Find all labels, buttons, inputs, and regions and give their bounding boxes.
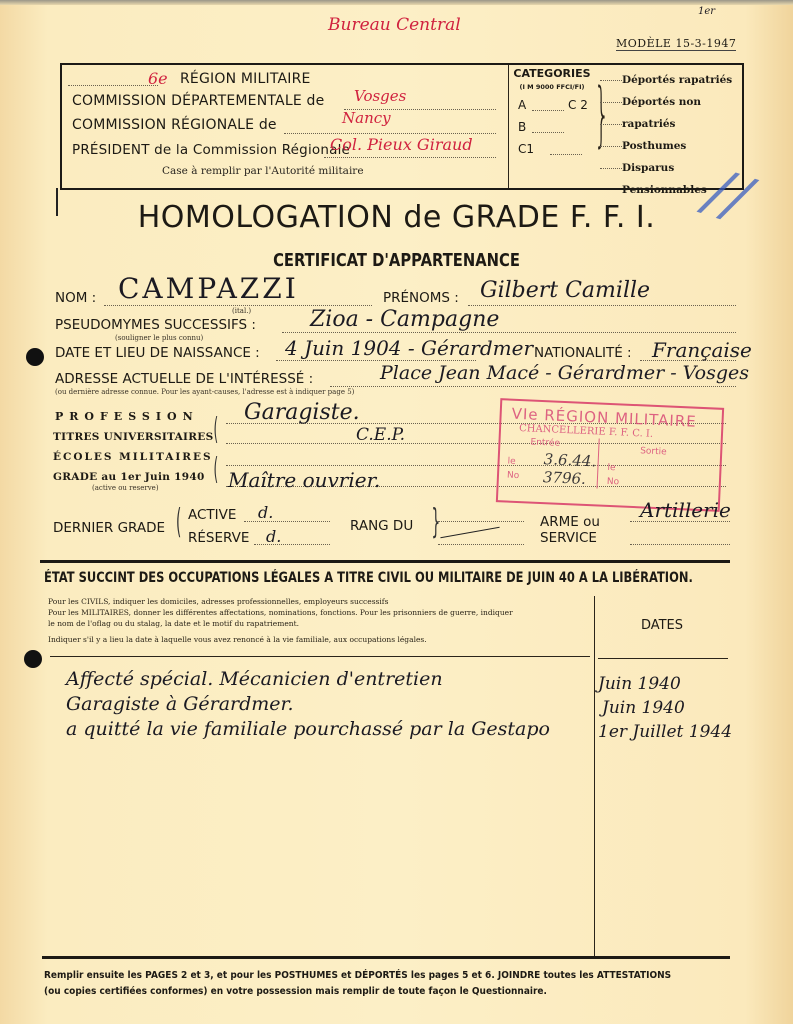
grade-label: GRADE au 1er Juin 1940: [53, 471, 205, 483]
grade-value: Maître ouvrier.: [228, 468, 380, 492]
stamp-sortie: Sortie: [640, 446, 667, 457]
occupation-date: 1er Juillet 1944: [598, 720, 732, 744]
nom-value: CAMPAZZI: [118, 272, 299, 305]
president-value: Col. Pieux Giraud: [330, 135, 473, 154]
bureau-central-annotation: Bureau Central: [328, 15, 461, 35]
occupations-instruction: Pour les CIVILS, indiquer les domiciles,…: [48, 596, 513, 607]
category-option[interactable]: Déportés rapatriés: [622, 69, 742, 91]
pseudo-label: PSEUDOMYMES SUCCESSIFS :: [55, 317, 256, 333]
stamp-entree-date: 3.6.44.: [543, 450, 596, 470]
punch-hole: [26, 348, 44, 366]
service-label: SERVICE: [540, 530, 597, 546]
scan-edge: [0, 0, 793, 5]
region-label: RÉGION MILITAIRE: [180, 71, 311, 87]
regional-value: Nancy: [342, 109, 391, 127]
nationalite-label: NATIONALITÉ :: [534, 345, 632, 361]
category-b: B: [518, 120, 526, 134]
president-label: PRÉSIDENT de la Commission Régionale: [72, 142, 350, 158]
stamp-no: No: [507, 471, 520, 482]
naissance-label: DATE ET LIEU DE NAISSANCE :: [55, 345, 260, 361]
stamp-entree: Entrée: [530, 438, 560, 449]
category-c2: C 2: [568, 98, 588, 112]
arme-label: ARME ou: [540, 514, 600, 530]
prenoms-value: Gilbert Camille: [480, 278, 650, 303]
document-title: HOMOLOGATION de GRADE F. F. I.: [0, 200, 793, 235]
grade-brace: (: [214, 452, 219, 487]
active-label: ACTIVE: [188, 507, 236, 523]
category-a: A: [518, 98, 526, 112]
section-divider: [40, 560, 730, 563]
grade-note: (active ou reserve): [92, 484, 159, 492]
stamp-le: le: [507, 457, 515, 467]
profession-label: PROFESSION: [55, 410, 199, 423]
categories-title: CATEGORIES: [508, 67, 596, 80]
occupation-date: Juin 1940: [598, 672, 732, 696]
rang-dash: [440, 527, 499, 538]
nom-note: (ital.): [232, 307, 251, 315]
dept-value: Vosges: [354, 87, 406, 105]
dept-label: COMMISSION DÉPARTEMENTALE de: [72, 93, 324, 109]
pseudo-note: (souligner le plus connu): [115, 334, 203, 342]
category-c1: C1: [518, 142, 534, 156]
naissance-value: 4 Juin 1904 - Gérardmer: [285, 336, 533, 360]
profession-value: Garagiste.: [244, 400, 360, 425]
occupation-date: Juin 1940: [598, 696, 732, 720]
categories-brace: }: [594, 79, 610, 149]
occupation-entry: a quitté la vie familiale pourchassé par…: [66, 717, 550, 742]
dates-header: DATES: [594, 618, 730, 633]
dernier-grade-label: DERNIER GRADE: [53, 520, 165, 536]
model-number: MODÈLE 15-3-1947: [616, 37, 736, 51]
adresse-label: ADRESSE ACTUELLE DE L'INTÉRESSÉ :: [55, 371, 313, 387]
footer-line: Remplir ensuite les PAGES 2 et 3, et pou…: [44, 968, 671, 984]
chancellerie-stamp: VIe RÉGION MILITAIRE CHANCELLERIE F. F. …: [496, 398, 724, 512]
stamp-entree-number: 3796.: [543, 468, 587, 488]
prenoms-label: PRÉNOMS :: [383, 290, 459, 306]
reserve-value: d.: [266, 527, 281, 546]
occupation-entry: Garagiste à Gérardmer.: [66, 692, 550, 717]
arme-value: Artillerie: [640, 498, 731, 522]
category-option[interactable]: Posthumes: [622, 135, 742, 157]
authority-box: 6e RÉGION MILITAIRE COMMISSION DÉPARTEME…: [60, 63, 744, 190]
grade-brace-left: (: [176, 502, 181, 542]
occupation-entry: Affecté spécial. Mécanicien d'entretien: [66, 667, 550, 692]
adresse-note: (ou dernière adresse connue. Pour les ay…: [55, 388, 354, 396]
page-mark: 1er: [698, 6, 715, 17]
titres-label: TITRES UNIVERSITAIRES: [53, 431, 213, 443]
nom-label: NOM :: [55, 290, 96, 306]
nationalite-value: Française: [652, 338, 752, 362]
stamp-le-sortie: le: [607, 463, 615, 473]
footer-line: (ou copies certifiées conformes) en votr…: [44, 984, 671, 1000]
occupations-instruction: Pour les MILITAIRES, donner les différen…: [48, 607, 513, 618]
category-option[interactable]: Déportés non rapatriés: [622, 91, 742, 135]
profession-brace: (: [214, 412, 219, 447]
stamp-no-sortie: No: [607, 477, 620, 488]
active-value: d.: [258, 503, 273, 522]
occupations-title: ÉTAT SUCCINT DES OCCUPATIONS LÉGALES A T…: [44, 570, 693, 586]
titres-value: C.E.P.: [356, 425, 405, 445]
punch-hole: [24, 650, 42, 668]
occupations-instruction: le nom de l'oflag ou du stalag, la date …: [48, 618, 513, 629]
categories-subtitle: (I M 9000 FFCI/FI): [508, 83, 596, 91]
pseudo-value: Zioa - Campagne: [310, 307, 499, 332]
ecoles-label: ÉCOLES MILITAIRES: [53, 451, 213, 463]
adresse-value: Place Jean Macé - Gérardmer - Vosges: [380, 362, 749, 384]
occupations-instruction: Indiquer s'il y a lieu la date à laquell…: [48, 634, 513, 645]
rang-brace: }: [431, 502, 440, 542]
reserve-label: RÉSERVE: [188, 530, 249, 546]
authority-note: Case à remplir par l'Autorité militaire: [162, 165, 364, 177]
regional-label: COMMISSION RÉGIONALE de: [72, 117, 277, 133]
bottom-divider: [42, 956, 730, 959]
dates-column-divider: [594, 596, 596, 956]
document-subtitle: CERTIFICAT D'APPARTENANCE: [71, 250, 721, 271]
rang-label: RANG DU: [350, 518, 413, 534]
